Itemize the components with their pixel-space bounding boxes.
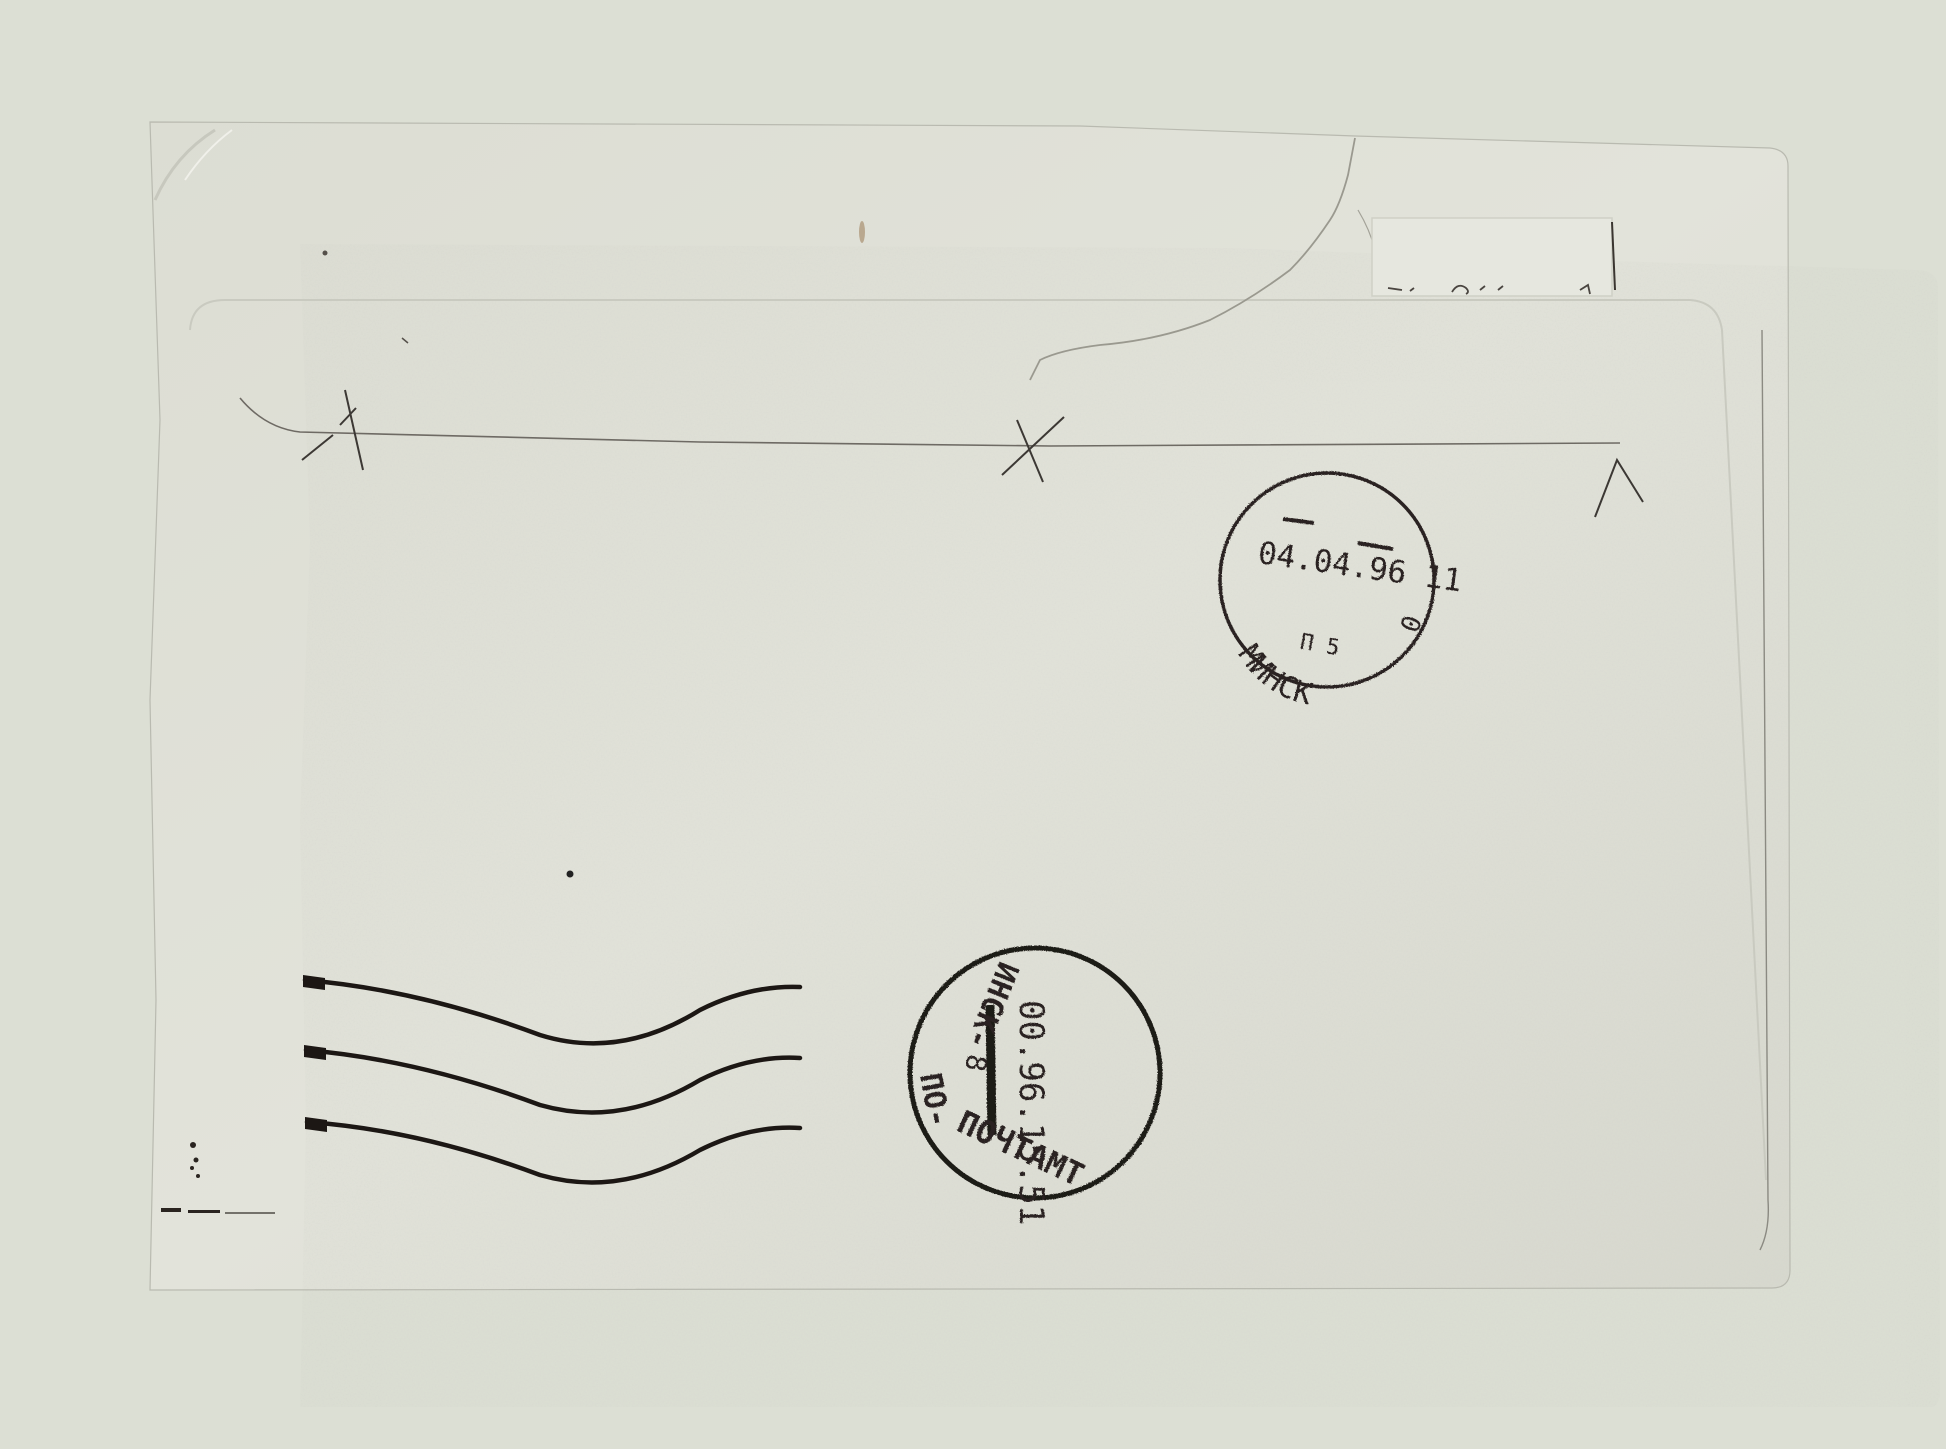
envelope-photo: 04.04.96 11 МИНСК 0 П 5 00.96.15.51 8 ИН…: [0, 0, 1946, 1449]
inner-label-fragment: [1372, 218, 1615, 296]
postmark-date: 00.96.15.51: [1011, 1000, 1051, 1225]
